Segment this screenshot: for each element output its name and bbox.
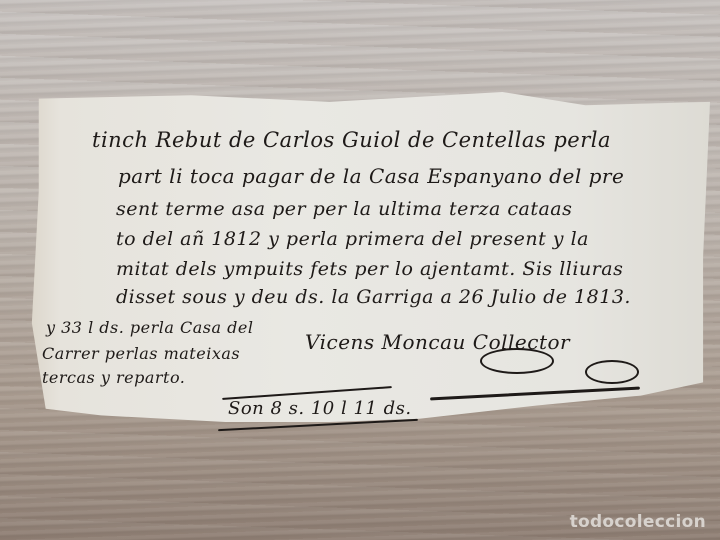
note-line-1: y 33 l ds. perla Casa del — [46, 318, 253, 337]
text-line-6: disset sous y deu ds. la Garriga a 26 Ju… — [116, 286, 631, 308]
text-line-1: tinch Rebut de Carlos Guiol de Centellas… — [92, 128, 611, 152]
text-line-5: mitat dels ympuits fets per lo ajentamt.… — [116, 258, 623, 280]
text-line-2: part li toca pagar de la Casa Espanyano … — [118, 164, 624, 188]
text-line-4: to del añ 1812 y perla primera del prese… — [116, 228, 589, 250]
text-line-3: sent terme asa per per la ultima terza c… — [116, 198, 572, 220]
signature-flourish-loop — [585, 360, 639, 384]
note-line-3: tercas y reparto. — [42, 368, 185, 387]
watermark-text: todocoleccion — [570, 512, 706, 532]
total-amount: Son 8 s. 10 l 11 ds. — [228, 398, 412, 419]
note-line-2: Carrer perlas mateixas — [42, 344, 240, 363]
signature-flourish — [480, 348, 554, 374]
